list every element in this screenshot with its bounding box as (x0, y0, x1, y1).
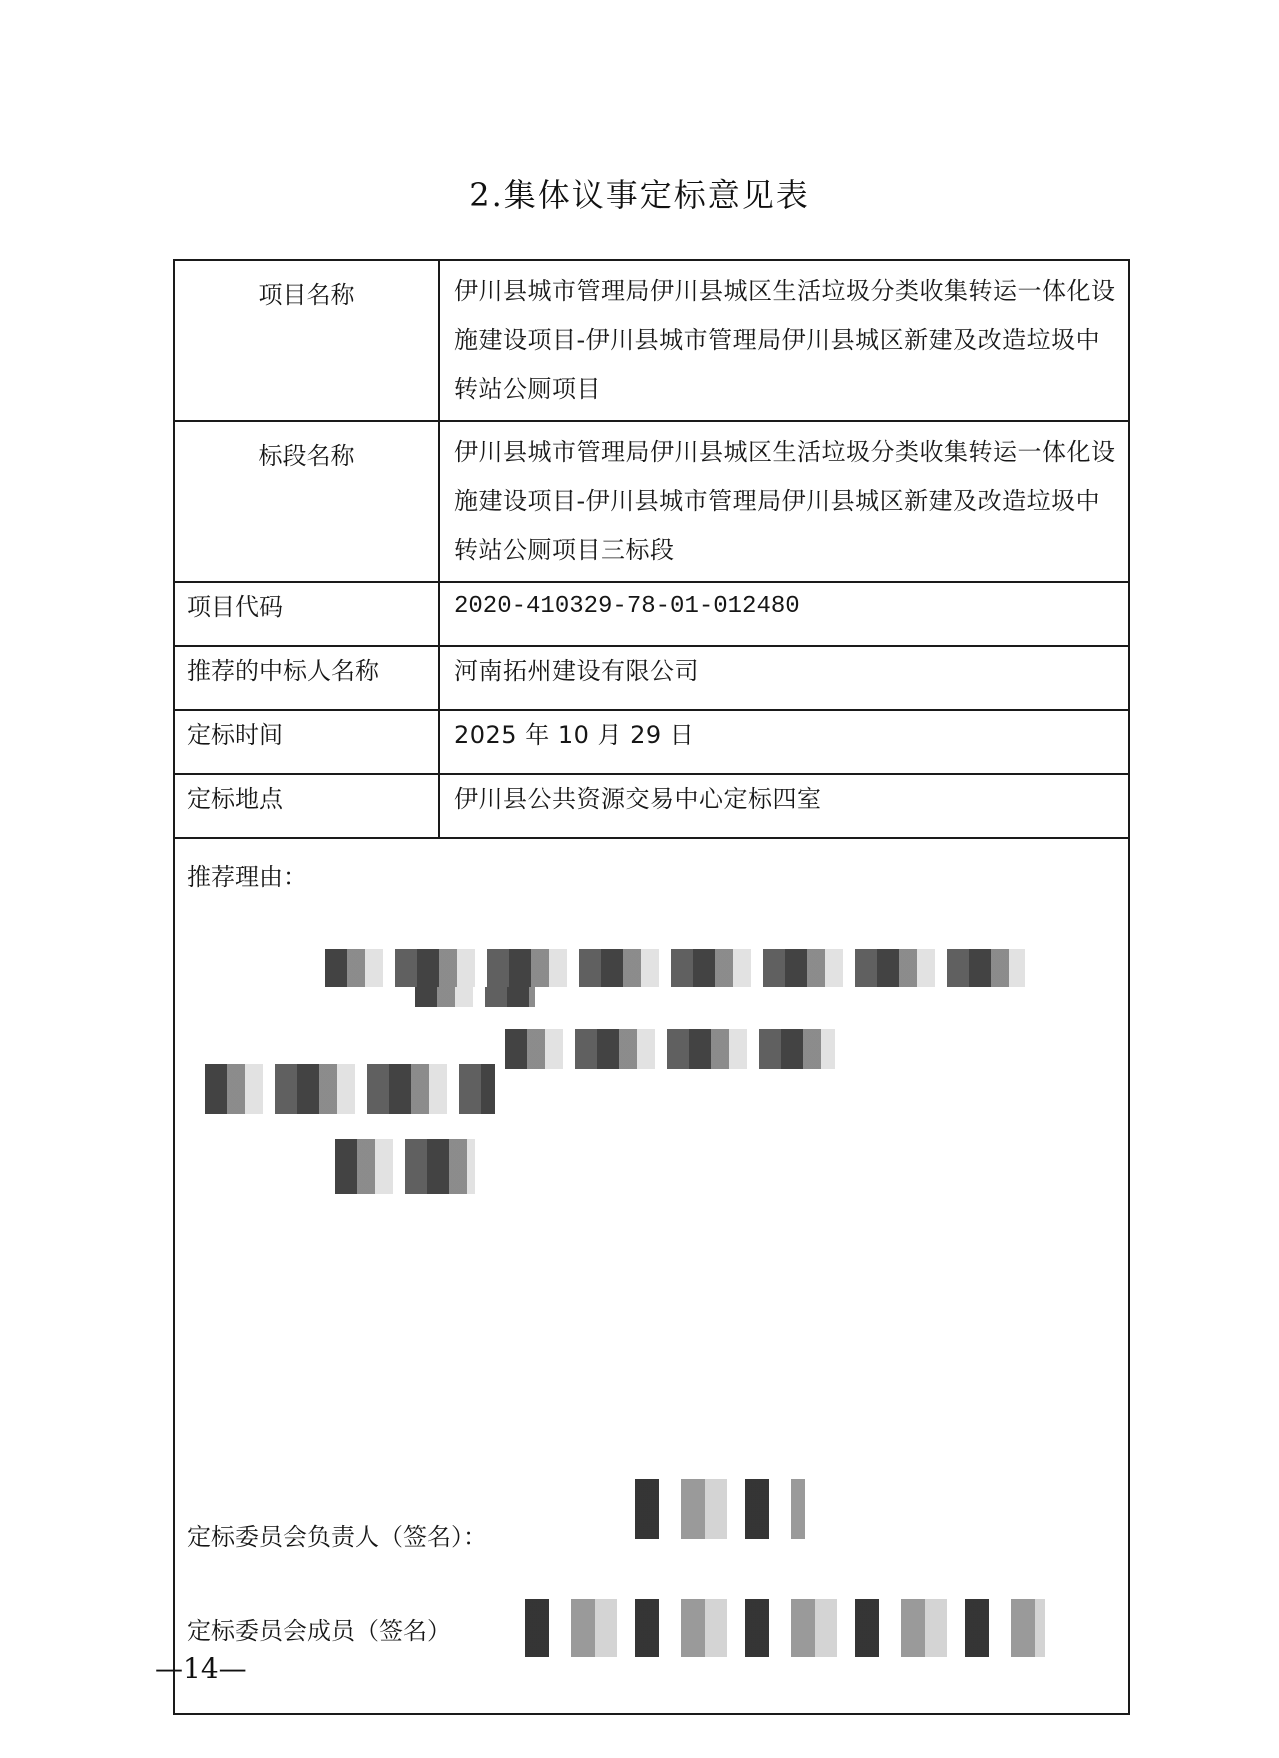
label-decision-location: 定标地点 (174, 774, 439, 838)
page-number: —14— (155, 1652, 247, 1685)
row-decision-location: 定标地点 伊川县公共资源交易中心定标四室 (174, 774, 1129, 838)
redacted-handwriting-line-2 (505, 1029, 835, 1069)
committee-leader-signature-label: 定标委员会负责人（签名）： (187, 1517, 487, 1552)
row-decision-time: 定标时间 2025 年 10 月 29 日 (174, 710, 1129, 774)
value-decision-location: 伊川县公共资源交易中心定标四室 (439, 774, 1129, 838)
redacted-handwriting-line-3 (205, 1064, 495, 1114)
value-decision-time: 2025 年 10 月 29 日 (439, 710, 1129, 774)
reason-cell: 推荐理由： 定标委员会负责人（签名）： 定标委员会成员（签名） (174, 838, 1129, 1714)
redacted-members-signatures (525, 1599, 1045, 1657)
row-project-name: 项目名称 伊川县城市管理局伊川县城区生活垃圾分类收集转运一体化设施建设项目-伊川… (174, 260, 1129, 421)
row-section-name: 标段名称 伊川县城市管理局伊川县城区生活垃圾分类收集转运一体化设施建设项目-伊川… (174, 421, 1129, 582)
label-decision-time: 定标时间 (174, 710, 439, 774)
row-reason: 推荐理由： 定标委员会负责人（签名）： 定标委员会成员（签名） (174, 838, 1129, 1714)
redacted-leader-signature (635, 1479, 805, 1539)
reason-label: 推荐理由： (187, 857, 307, 892)
value-section-name: 伊川县城市管理局伊川县城区生活垃圾分类收集转运一体化设施建设项目-伊川县城市管理… (439, 421, 1129, 582)
label-section-name: 标段名称 (174, 421, 439, 582)
committee-members-signature-label: 定标委员会成员（签名） (187, 1611, 451, 1646)
value-project-code: 2020-410329-78-01-012480 (439, 582, 1129, 646)
value-project-name: 伊川县城市管理局伊川县城区生活垃圾分类收集转运一体化设施建设项目-伊川县城市管理… (439, 260, 1129, 421)
redacted-handwriting-line-4 (335, 1139, 475, 1194)
label-project-name: 项目名称 (174, 260, 439, 421)
row-recommended-bidder: 推荐的中标人名称 河南拓州建设有限公司 (174, 646, 1129, 710)
document-title: 2.集体议事定标意见表 (0, 170, 1279, 216)
row-project-code: 项目代码 2020-410329-78-01-012480 (174, 582, 1129, 646)
redacted-handwriting-line-1 (325, 949, 1025, 987)
bid-decision-form-table: 项目名称 伊川县城市管理局伊川县城区生活垃圾分类收集转运一体化设施建设项目-伊川… (173, 259, 1130, 1715)
label-recommended-bidder: 推荐的中标人名称 (174, 646, 439, 710)
redacted-handwriting-line-1b (415, 987, 535, 1007)
value-recommended-bidder: 河南拓州建设有限公司 (439, 646, 1129, 710)
label-project-code: 项目代码 (174, 582, 439, 646)
